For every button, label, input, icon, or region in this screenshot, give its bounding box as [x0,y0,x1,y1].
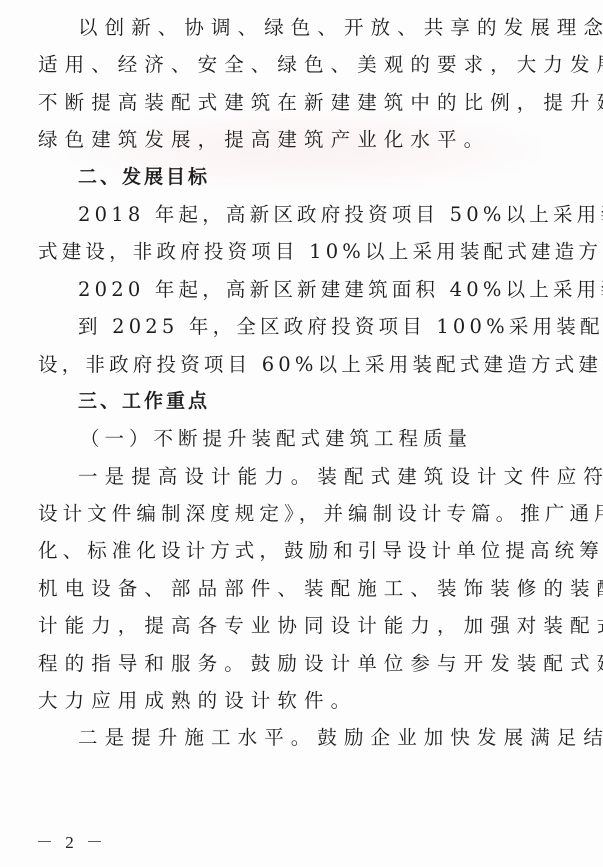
paragraph-line: 化、标准化设计方式，鼓励和引导设计单位提高统筹建筑结构、 [38,532,578,569]
paragraph-line: 绿色建筑发展，提高建筑产业化水平。 [38,121,578,158]
paragraph-line: 机电设备、部品部件、装配施工、装饰装修的装配式建筑集成设 [38,570,578,607]
paragraph-line: 大力应用成熟的设计软件。 [38,682,578,719]
paragraph-line: 一是提高设计能力。装配式建筑设计文件应符合《建筑工程 [38,458,578,495]
paragraph-line: 以创新、协调、绿色、开放、共享的发展理念为指导，按照 [38,9,578,46]
paragraph-line: 计能力，提高各专业协同设计能力，加强对装配式建筑建设全过 [38,607,578,644]
paragraph-line: 适用、经济、安全、绿色、美观的要求，大力发展装配式建筑， [38,46,578,83]
paragraph-line: 2020 年起，高新区新建建筑面积 40%以上采用装配式建造。 [38,271,578,308]
paragraph-line: 设计文件编制深度规定》，并编制设计专篇。推广通用化、模数 [38,495,578,532]
paragraph-line: 2018 年起，高新区政府投资项目 50%以上采用装配式建造方 [38,196,578,233]
paragraph-line: 式建设，非政府投资项目 10%以上采用装配式建造方式建设。 [38,233,578,270]
document-body: 以创新、协调、绿色、开放、共享的发展理念为指导，按照 适用、经济、安全、绿色、美… [38,9,578,757]
paragraph-line: 程的指导和服务。鼓励设计单位参与开发装配式建筑设计技术， [38,645,578,682]
paragraph-line: 不断提高装配式建筑在新建建筑中的比例，提升建筑品质，推动 [38,84,578,121]
page-number: － 2 － [36,828,107,853]
section-heading-work-priorities: 三、工作重点 [38,383,578,420]
document-page: 以创新、协调、绿色、开放、共享的发展理念为指导，按照 适用、经济、安全、绿色、美… [0,0,603,867]
section-heading-development-goals: 二、发展目标 [38,159,578,196]
paragraph-line: 二是提升施工水平。鼓励企业加快发展满足结构安全需要并 [38,719,578,756]
subsection-heading: （一）不断提升装配式建筑工程质量 [38,420,578,457]
paragraph-line: 设，非政府投资项目 60%以上采用装配式建造方式建设。 [38,346,578,383]
paragraph-line: 到 2025 年，全区政府投资项目 100%采用装配式建造方式建 [38,308,578,345]
